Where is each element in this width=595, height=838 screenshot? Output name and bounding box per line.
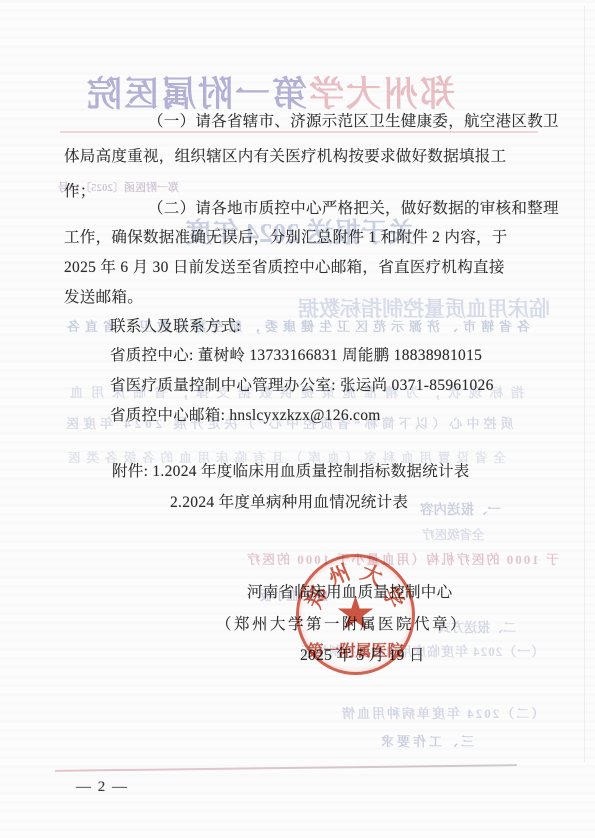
- paragraph1-line1: （一）请各省辖市、济源示范区卫生健康委，航空港区教卫: [148, 112, 559, 132]
- seal-bottom-text: 第一附属医院: [307, 638, 403, 661]
- contact-line-admin-office: 省医疗质量控制中心管理办公室: 张运尚 0371-85961026: [110, 376, 494, 396]
- bleed-text-fragment: 全省级医疗: [422, 528, 485, 543]
- official-round-seal: 郑 州 大 学 ★ 第一附属医院: [296, 554, 415, 675]
- paragraph2-line3: 2025 年 6 月 30 日前发送至省质控中心邮箱，省直医疗机构直接: [64, 258, 505, 278]
- paragraph1-line2: 体局高度重视，组织辖区内有关医疗机构按要求做好数据填报工: [64, 147, 506, 167]
- contact-line-qc-center: 省质控中心: 董树岭 13733166831 周能鹏 18838981015: [110, 346, 482, 366]
- bleed-title-line2: 临床用血质量控制指标数据: [298, 297, 550, 322]
- paragraph2-line4: 发送邮箱。: [64, 288, 143, 308]
- paragraph1-line3: 作；: [64, 182, 96, 202]
- bleed-letterhead-part2: 第一附属医院: [85, 75, 307, 114]
- bleed-horizontal-line: [55, 764, 517, 772]
- bleed-letterhead-title: 郑州大学第一附属医院: [85, 74, 455, 116]
- contact-section-header: 联系人及联系方式:: [110, 317, 241, 337]
- bleed-section-heading: 三、工作要求: [378, 734, 474, 750]
- paragraph2-line2: 工作，确保数据准确无误后，分别汇总附件 1 和附件 2 内容，于: [64, 228, 508, 248]
- scanned-document-page: 郑州大学第一附属医院 郑一附医函〔2025〕19号 关于报送 2024 年度 临…: [0, 0, 595, 838]
- page-number: — 2 —: [76, 778, 129, 798]
- attachment-line1: 附件: 1.2024 年度临床用血质量控制指标数据统计表: [112, 462, 470, 482]
- bleed-list-item: （二）2024 年度单病种用血情: [340, 706, 544, 722]
- contact-line-email: 省质控中心邮箱: hnslcyxzkzx@126.com: [110, 406, 381, 426]
- scan-edge-line: [584, 6, 585, 762]
- paragraph2-line1: （二）请各地市质控中心严格把关，做好数据的审核和整理: [148, 199, 559, 219]
- star-icon: ★: [335, 590, 376, 636]
- bleed-section-heading: 一、报送内容: [420, 502, 501, 518]
- attachment-line2: 2.2024 年度单病种用血情况统计表: [170, 493, 408, 513]
- bleed-letterhead-part1: 郑州大学: [307, 75, 455, 114]
